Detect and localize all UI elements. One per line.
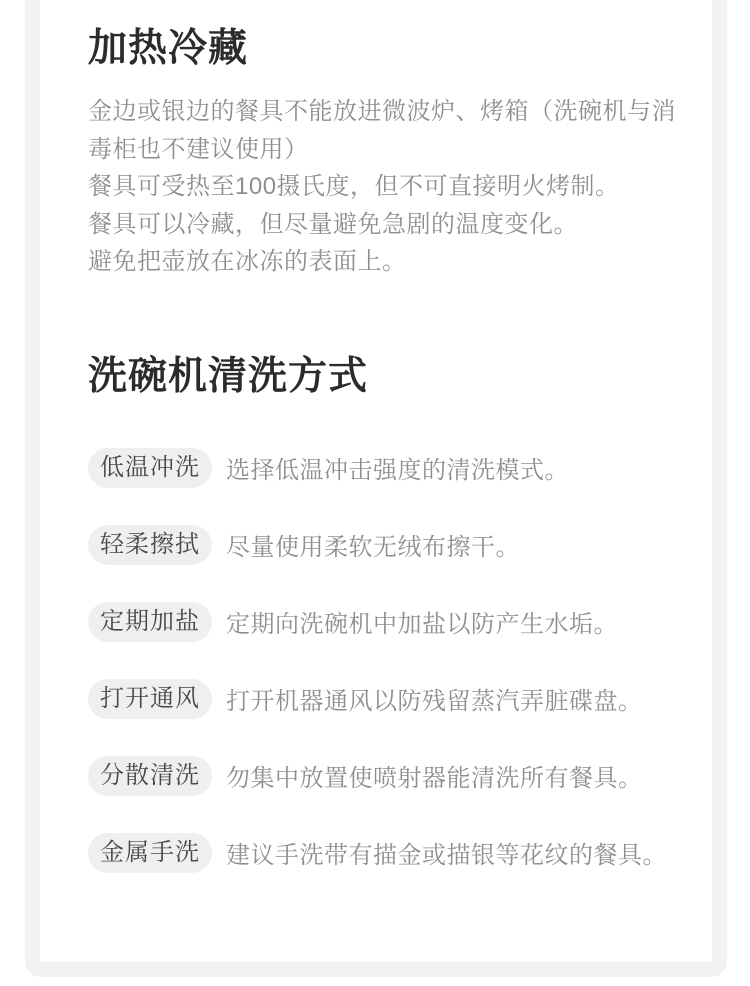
heating-section-title: 加热冷藏: [88, 0, 660, 72]
tip-description: 建议手洗带有描金或描银等花纹的餐具。: [226, 835, 667, 870]
care-instructions-content: 加热冷藏 金边或银边的餐具不能放进微波炉、烤箱（洗碗机与消 毒柜也不建议使用） …: [0, 0, 750, 873]
dishwasher-tips-list: 低温冲洗 选择低温冲击强度的清洗模式。 轻柔擦拭 尽量使用柔软无绒布擦干。 定期…: [88, 448, 660, 873]
care-instruction-line: 金边或银边的餐具不能放进微波炉、烤箱（洗碗机与消: [88, 93, 660, 131]
dishwasher-tip-row: 定期加盐 定期向洗碗机中加盐以防产生水垢。: [88, 602, 660, 642]
tip-tag: 轻柔擦拭: [88, 525, 212, 565]
tip-tag: 打开通风: [88, 679, 212, 719]
tip-description: 选择低温冲击强度的清洗模式。: [226, 450, 569, 485]
heating-cooling-section: 加热冷藏 金边或银边的餐具不能放进微波炉、烤箱（洗碗机与消 毒柜也不建议使用） …: [88, 0, 660, 281]
dishwasher-tip-row: 低温冲洗 选择低温冲击强度的清洗模式。: [88, 448, 660, 488]
heating-care-paragraph: 金边或银边的餐具不能放进微波炉、烤箱（洗碗机与消 毒柜也不建议使用） 餐具可受热…: [88, 93, 660, 281]
care-instruction-line: 避免把壶放在冰冻的表面上。: [88, 243, 660, 281]
care-instruction-line: 餐具可受热至100摄氏度，但不可直接明火烤制。: [88, 168, 660, 206]
tip-description: 定期向洗碗机中加盐以防产生水垢。: [226, 604, 618, 639]
dishwasher-tip-row: 轻柔擦拭 尽量使用柔软无绒布擦干。: [88, 525, 660, 565]
tip-description: 勿集中放置使喷射器能清洗所有餐具。: [226, 758, 643, 793]
dishwasher-tip-row: 分散清洗 勿集中放置使喷射器能清洗所有餐具。: [88, 756, 660, 796]
tip-description: 打开机器通风以防残留蒸汽弄脏碟盘。: [226, 681, 643, 716]
dishwasher-section-title: 洗碗机清洗方式: [88, 281, 660, 400]
tip-description: 尽量使用柔软无绒布擦干。: [226, 527, 520, 562]
care-instruction-line: 毒柜也不建议使用）: [88, 131, 660, 169]
dishwasher-section: 洗碗机清洗方式 低温冲洗 选择低温冲击强度的清洗模式。 轻柔擦拭 尽量使用柔软无…: [88, 281, 660, 873]
tip-tag: 分散清洗: [88, 756, 212, 796]
tip-tag: 定期加盐: [88, 602, 212, 642]
tip-tag: 低温冲洗: [88, 448, 212, 488]
tip-tag: 金属手洗: [88, 833, 212, 873]
dishwasher-tip-row: 金属手洗 建议手洗带有描金或描银等花纹的餐具。: [88, 833, 660, 873]
dishwasher-tip-row: 打开通风 打开机器通风以防残留蒸汽弄脏碟盘。: [88, 679, 660, 719]
care-instruction-line: 餐具可以冷藏，但尽量避免急剧的温度变化。: [88, 206, 660, 244]
